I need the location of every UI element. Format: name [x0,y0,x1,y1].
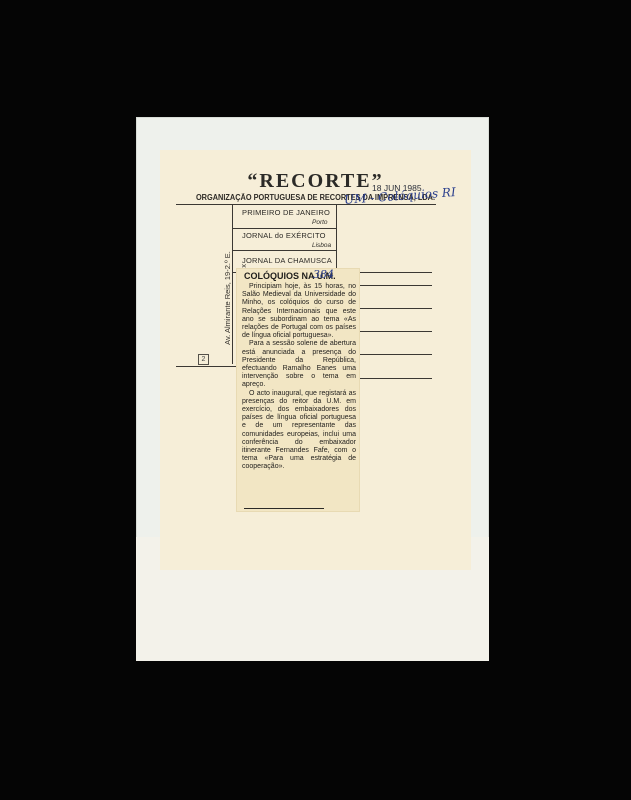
divider [360,308,432,309]
clipping-paragraph: Principiam hoje, às 15 horas, no Salão M… [242,283,356,340]
clipping-underline [244,508,324,509]
divider [336,204,337,276]
divider [360,354,432,355]
divider [176,204,436,205]
newspaper-clipping: COLÓQUIOS NA U.M. 384 Principiam hoje, à… [236,268,360,512]
address-line-1: Av. Almirante Reis, 19-2.º E. [220,223,236,373]
clipping-body: Principiam hoje, às 15 horas, no Salão M… [242,283,356,472]
page-number-box: 2 [198,354,209,365]
divider [360,378,432,379]
newspaper-name: PRIMEIRO DE JANEIRO [242,208,330,217]
newspaper-name: JORNAL DA CHAMUSCA [242,256,332,265]
divider [360,331,432,332]
newspaper-name: JORNAL do EXÉRCITO [242,231,326,240]
divider [360,285,432,286]
clipping-paragraph: Para a sessão solene de abertura está an… [242,340,356,389]
newspaper-location: Porto [312,219,328,226]
clipping-paragraph: O acto inaugural, que registará as prese… [242,390,356,472]
newspaper-location: Lisboa [312,242,331,249]
clipping-handwritten-number: 384 [313,268,334,281]
